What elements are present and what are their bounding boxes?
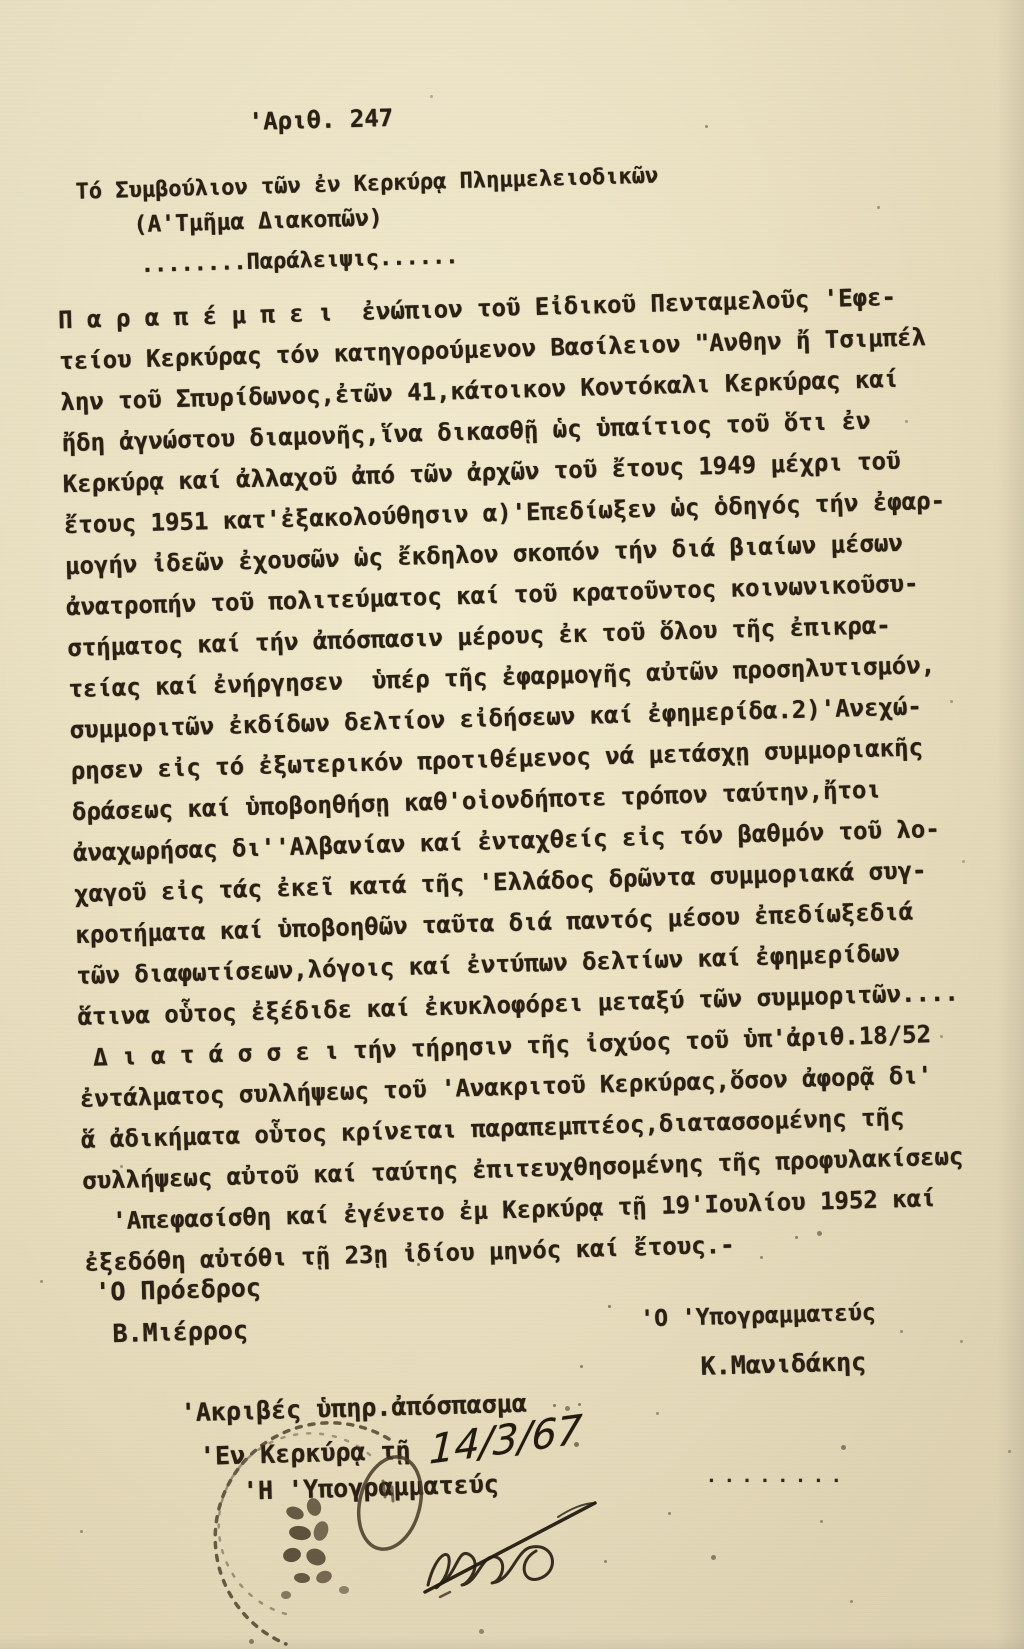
omission-line: ........Παράλειψις...... (140, 244, 458, 278)
secretary-name: Κ.Μανιδάκης (700, 1347, 866, 1381)
paper-specks (0, 0, 3, 3)
president-name: Β.Μιέρρος (112, 1315, 248, 1348)
decision-body: Π α ρ α π έ μ π ε ι ἐνώπιον τοῦ Εἰδικοῦ … (58, 275, 990, 1284)
section-heading: (Α'Τμῆμα Διακοπῶν) (133, 205, 383, 238)
document-number: 'Αριθ. 247 (248, 104, 393, 136)
stamp-emblem-smudges (281, 1496, 349, 1599)
secretary-title: 'Ο 'Υπογραμματεύς (640, 1300, 876, 1333)
signature-scribble (425, 1503, 595, 1597)
scanned-court-document-page: { "header": { "number_label": "'Αριθ. 24… (0, 0, 1024, 1649)
president-title: 'Ο Πρόεδρος (95, 1273, 261, 1307)
dotted-leader: ........ (706, 1466, 849, 1487)
official-stamp-and-signature (140, 1385, 620, 1649)
court-heading: Τό Συμβούλιον τῶν ἐν Κερκύρᾳ Πλημμελειοδ… (75, 163, 658, 204)
